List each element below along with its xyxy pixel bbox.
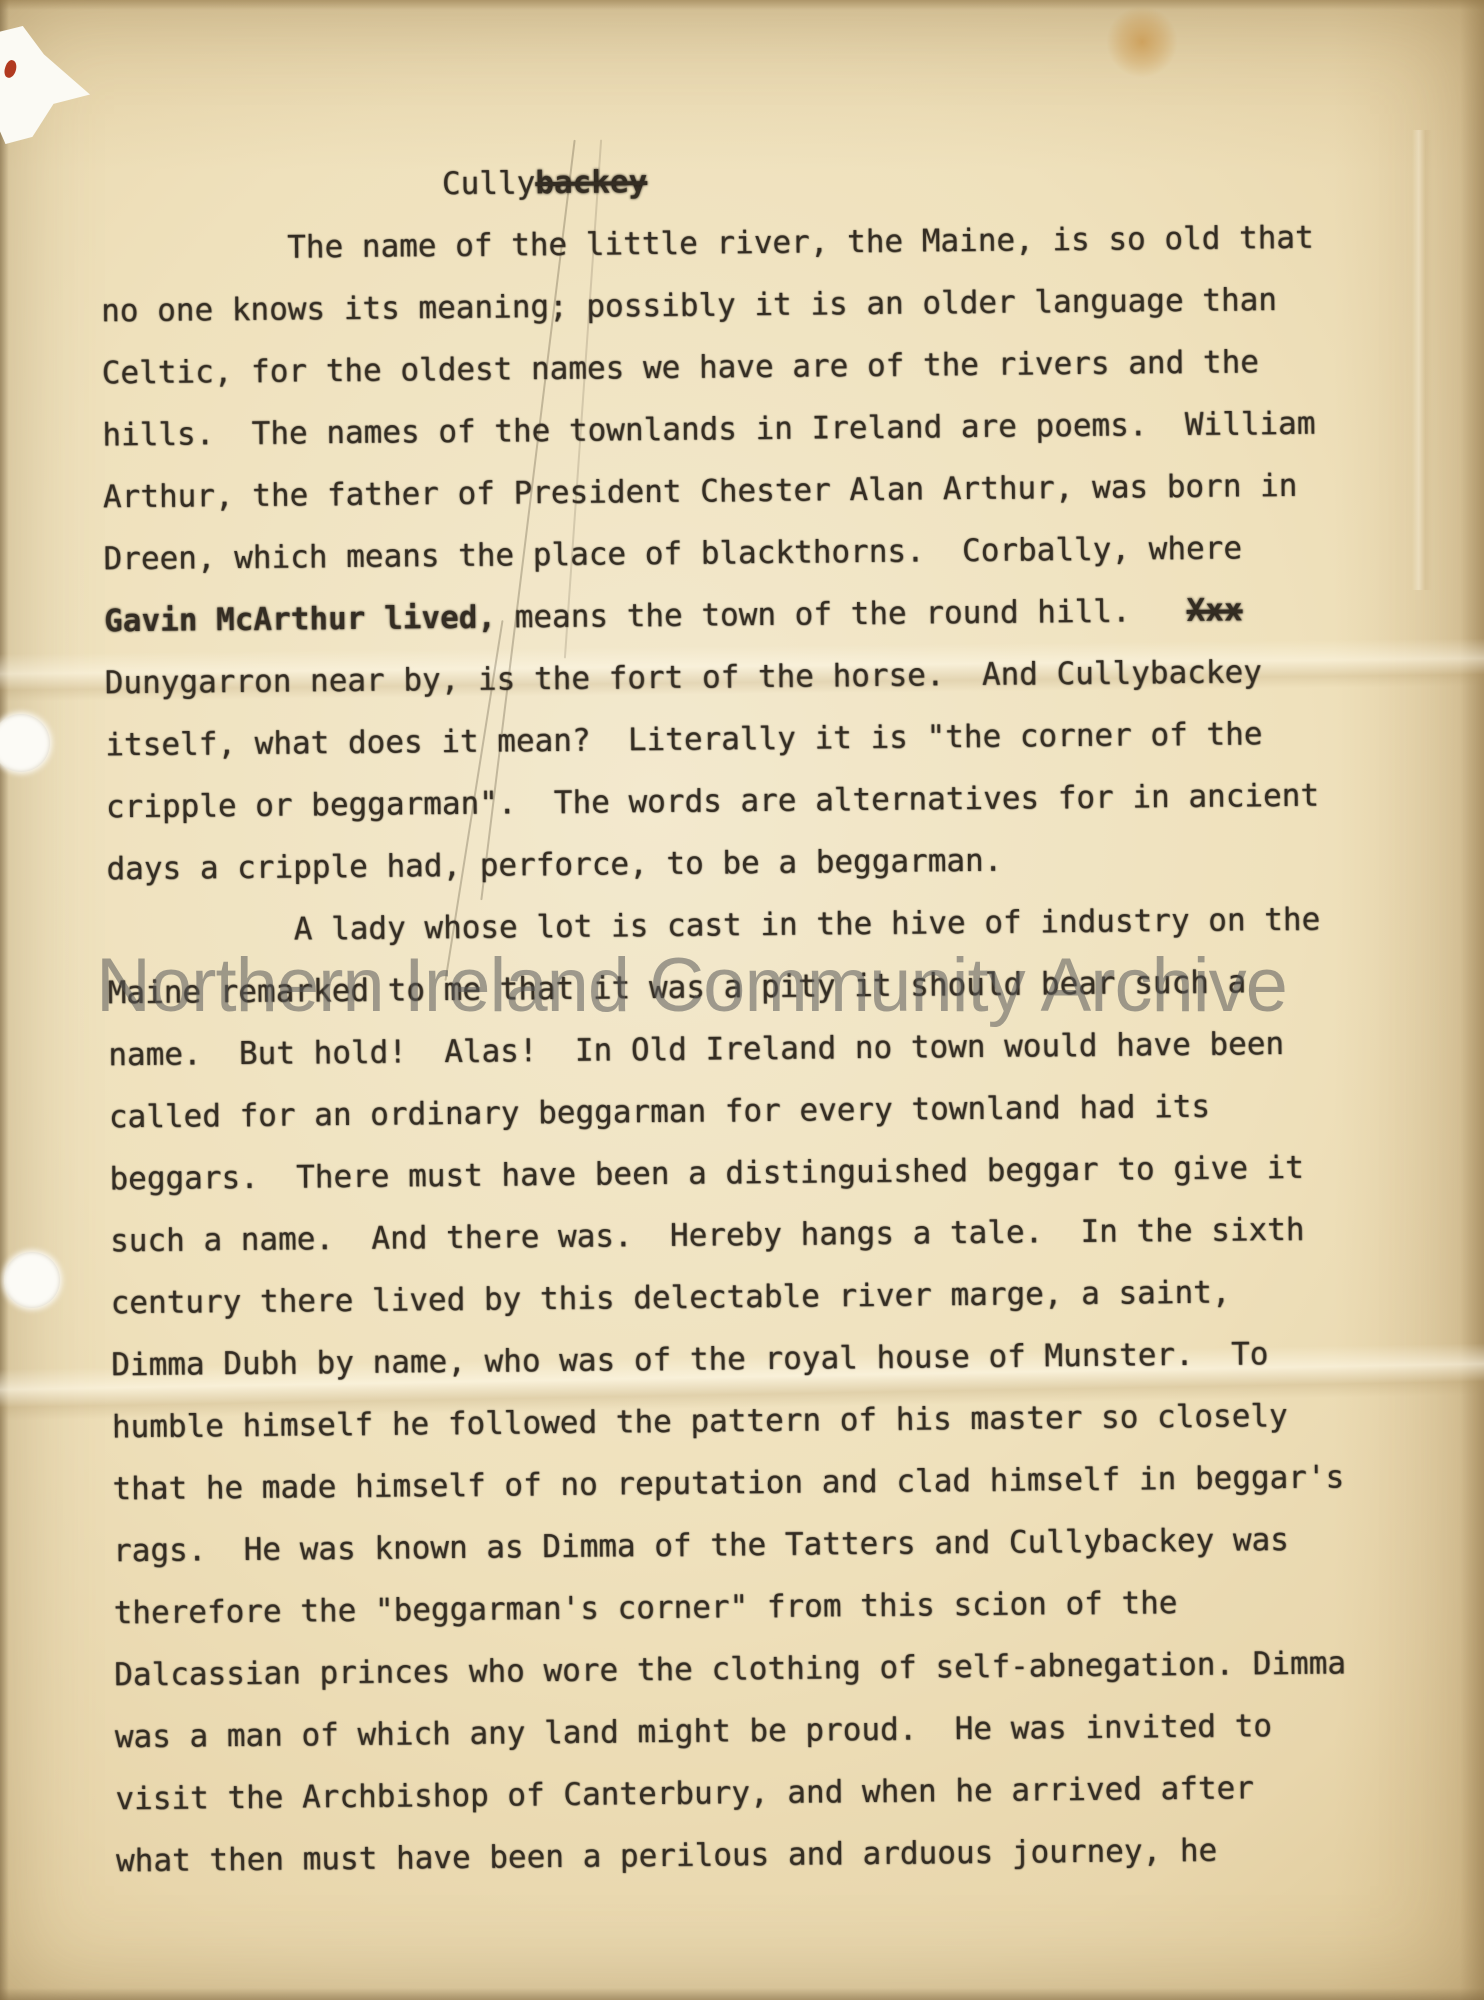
typed-segment: cripple or beggarman". The words are alt… (106, 778, 1319, 826)
typed-segment: what then must have been a perilous and … (116, 1833, 1217, 1880)
typed-segment: days a cripple had, perforce, to be a be… (106, 843, 1002, 888)
typed-segment: that he made himself of no reputation an… (112, 1459, 1344, 1507)
typed-segment: humble himself he followed the pattern o… (112, 1398, 1288, 1445)
typed-segment: itself, what does it mean? Literally it … (105, 716, 1262, 763)
text-line: cripple or beggarman". The words are alt… (106, 764, 1417, 839)
typed-segment: called for an ordinary beggarman for eve… (109, 1089, 1210, 1136)
stain-spot (1106, 6, 1178, 78)
torn-corner (0, 26, 90, 144)
typed-segment: Dimma Dubh by name, who was of the royal… (111, 1336, 1268, 1383)
text-line: rags. He was known as Dimma of the Tatte… (113, 1508, 1424, 1583)
text-line: visit the Archbishop of Canterbury, and … (115, 1756, 1426, 1831)
hole-punch-bottom (4, 1252, 60, 1308)
typed-segment: century there lived by this delectable r… (111, 1275, 1231, 1322)
typed-segment: was a man of which any land might be pro… (115, 1708, 1272, 1755)
fold-crease-vertical (1412, 130, 1432, 590)
typed-segment: visit the Archbishop of Canterbury, and … (115, 1770, 1254, 1817)
typed-segment: Arthur, the father of President Chester … (103, 468, 1298, 515)
text-line: what then must have been a perilous and … (116, 1818, 1427, 1893)
typed-segment: Gavin McArthur lived, (104, 600, 496, 640)
scanned-page: Cullybackey The name of the little river… (0, 0, 1484, 2000)
typed-segment: means the town of the round hill. (496, 593, 1187, 636)
text-line: name. But hold! Alas! In Old Ireland no … (108, 1012, 1419, 1087)
typed-segment: Maine remarked to me that it was a pity … (108, 964, 1247, 1011)
typed-segment: Cully (442, 165, 536, 202)
hole-punch-top (0, 714, 50, 772)
struck-text: Xxx (1186, 592, 1242, 629)
typed-segment: therefore the "beggarman's corner" from … (114, 1585, 1178, 1631)
page-title: Cullybackey (442, 144, 1411, 215)
typed-segment: Dreen, which means the place of blacktho… (103, 530, 1242, 577)
typed-segment: hills. The names of the townlands in Ire… (102, 406, 1315, 454)
typed-text: Cullybackey The name of the little river… (100, 144, 1427, 1892)
typed-segment: A lady whose lot is cast in the hive of … (107, 902, 1320, 950)
typed-segment: name. But hold! Alas! In Old Ireland no … (108, 1026, 1284, 1073)
struck-text: backey (535, 164, 647, 201)
typed-segment: rags. He was known as Dimma of the Tatte… (113, 1522, 1289, 1569)
typed-segment: no one knows its meaning; possibly it is… (101, 282, 1277, 329)
typed-segment: Celtic, for the oldest names we have are… (102, 344, 1259, 391)
typed-segment: Dunygarron near by, is the fort of the h… (105, 654, 1262, 701)
typed-segment: Dalcassian princes who wore the clothing… (114, 1645, 1346, 1693)
typed-segment: beggars. There must have been a distingu… (109, 1150, 1304, 1197)
typed-segment: such a name. And there was. Hereby hangs… (110, 1212, 1305, 1259)
typed-segment: The name of the little river, the Maine,… (100, 220, 1313, 268)
